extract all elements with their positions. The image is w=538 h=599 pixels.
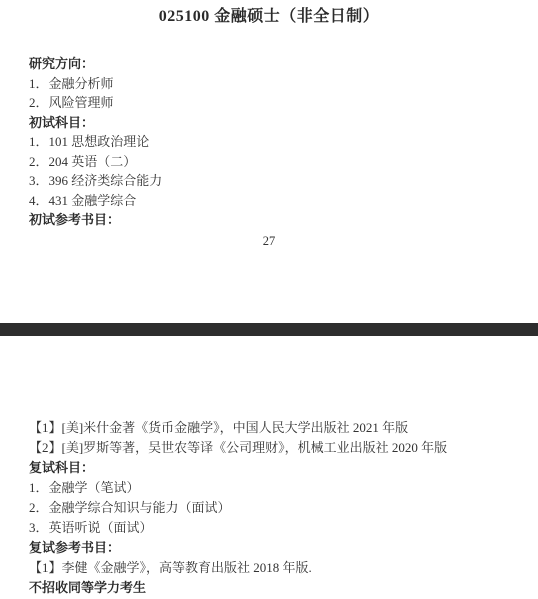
page-separator bbox=[0, 323, 538, 336]
research-direction-1: 1．金融分析师 bbox=[29, 74, 538, 94]
initial-exam-subject-3: 3．396 经济类综合能力 bbox=[29, 171, 538, 191]
heading-retest-references: 复试参考书目： bbox=[29, 538, 538, 558]
initial-exam-subject-2: 2．204 英语（二） bbox=[29, 152, 538, 172]
retest-subject-1: 1．金融学（笔试） bbox=[29, 478, 538, 498]
initial-reference-2: 【2】[美]罗斯等著，吴世农等译《公司理财》，机械工业出版社 2020 年版 bbox=[29, 438, 538, 458]
page2-text-block: 【1】[美]米什金著《货币金融学》，中国人民大学出版社 2021 年版 【2】[… bbox=[29, 418, 538, 598]
initial-exam-subject-4: 4．431 金融学综合 bbox=[29, 191, 538, 211]
retest-reference-1: 【1】李健《金融学》，高等教育出版社 2018 年版. bbox=[29, 558, 538, 578]
program-title: 025100 金融硕士（非全日制） bbox=[0, 0, 538, 27]
note-no-equivalent-degree: 不招收同等学力考生 bbox=[29, 578, 538, 598]
page-number: 27 bbox=[0, 234, 538, 249]
research-direction-2: 2．风险管理师 bbox=[29, 93, 538, 113]
heading-initial-exam-references: 初试参考书目： bbox=[29, 210, 538, 230]
page1-text-block: 研究方向： 1．金融分析师 2．风险管理师 初试科目： 1．101 思想政治理论… bbox=[29, 54, 538, 230]
heading-research-directions: 研究方向： bbox=[29, 54, 538, 74]
retest-subject-2: 2．金融学综合知识与能力（面试） bbox=[29, 498, 538, 518]
document-page-1: 025100 金融硕士（非全日制） 研究方向： 1．金融分析师 2．风险管理师 … bbox=[0, 0, 538, 323]
initial-exam-subject-1: 1．101 思想政治理论 bbox=[29, 132, 538, 152]
document-page-2: 【1】[美]米什金著《货币金融学》，中国人民大学出版社 2021 年版 【2】[… bbox=[0, 336, 538, 599]
heading-retest-subjects: 复试科目： bbox=[29, 458, 538, 478]
retest-subject-3: 3．英语听说（面试） bbox=[29, 518, 538, 538]
pdf-viewer[interactable]: 025100 金融硕士（非全日制） 研究方向： 1．金融分析师 2．风险管理师 … bbox=[0, 0, 538, 599]
heading-initial-exam-subjects: 初试科目： bbox=[29, 113, 538, 133]
initial-reference-1: 【1】[美]米什金著《货币金融学》，中国人民大学出版社 2021 年版 bbox=[29, 418, 538, 438]
